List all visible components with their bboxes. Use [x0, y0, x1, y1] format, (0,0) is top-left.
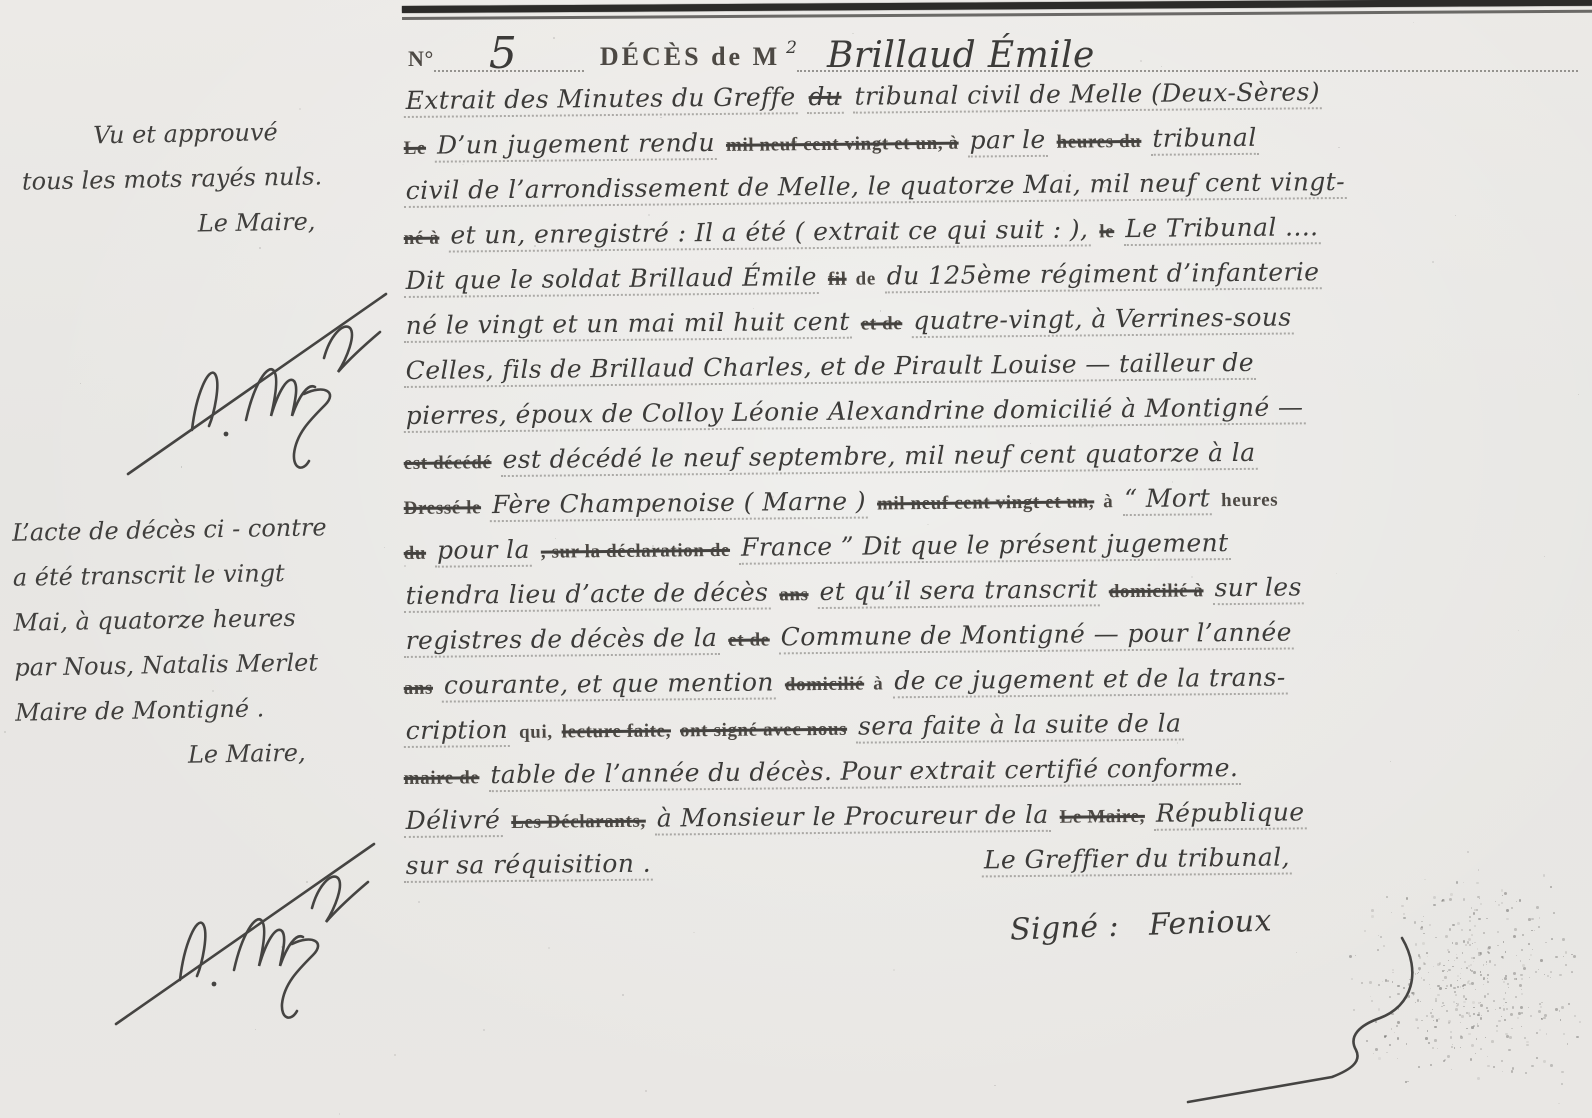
margin-transcription-note: L’acte de décès ci - contrea été transcr…: [12, 505, 331, 780]
text-segment: registres de décès de la: [404, 623, 720, 658]
text-segment: Celles, fils de Brillaud Charles, et de …: [404, 348, 1257, 388]
mayor-signature-flourish-2: [84, 812, 414, 1032]
text-segment: né à: [404, 228, 440, 250]
margin-line: Mai, à quatorze heures: [13, 595, 328, 645]
text-segment: cription: [404, 715, 511, 748]
text-segment: Extrait des Minutes du Greffe: [404, 82, 798, 118]
text-segment: domicilié: [785, 674, 864, 697]
text-segment: heures: [1221, 490, 1278, 513]
record-number-label: N°: [408, 46, 434, 72]
form-title-superscript: 2: [786, 38, 797, 58]
record-number-blank: 5: [434, 40, 584, 72]
text-segment: ans: [404, 678, 433, 700]
text-segment: , sur la déclaration de: [541, 540, 730, 564]
scan-noise-blob: [1340, 865, 1590, 1095]
text-segment: tribunal civil de Melle (Deux-Sères): [852, 77, 1322, 114]
text-segment: sera faite à la suite de la: [856, 709, 1184, 744]
text-segment: Dressé le: [404, 497, 482, 520]
text-segment: maire de: [404, 767, 480, 790]
text-segment: République: [1154, 797, 1307, 830]
text-segment: sur sa réquisition .: [404, 849, 654, 883]
text-segment: “ Mort: [1122, 483, 1212, 516]
record-body-text: Extrait des Minutes du Greffedutribunal …: [404, 86, 1584, 896]
margin-line: par Nous, Natalis Merlet: [14, 640, 329, 690]
margin-line: L’acte de décès ci - contre: [12, 505, 327, 555]
mayor-signature-flourish: [96, 262, 426, 482]
text-segment: Le Greffier du tribunal,: [982, 842, 1292, 877]
text-segment: le: [1099, 221, 1114, 243]
text-segment: à Monsieur le Procureur de la: [655, 800, 1051, 836]
deceased-name-value: Brillaud Émile: [827, 38, 1095, 74]
text-segment: Fère Champenoise ( Marne ): [490, 487, 868, 523]
text-segment: et qu’il sera transcrit: [817, 574, 1100, 609]
text-segment: est décédé le neuf septembre, mil neuf c…: [500, 438, 1257, 477]
text-segment: de ce jugement et de la trans-: [892, 663, 1288, 699]
text-segment: Le: [404, 138, 427, 160]
text-segment: du: [404, 543, 427, 565]
text-segment: et de: [861, 313, 903, 335]
spacer: [662, 868, 982, 871]
text-segment: et de: [728, 629, 770, 651]
text-segment: mil neuf cent vingt et un,: [877, 491, 1094, 515]
text-segment: ans: [779, 584, 808, 606]
signed-label: Signé :: [1009, 909, 1119, 948]
text-segment: tiendra lieu d’acte de décès: [404, 577, 771, 613]
margin-line: Maire de Montigné .: [15, 685, 330, 735]
deceased-name-blank: Brillaud Émile: [797, 36, 1578, 72]
text-segment: heures du: [1057, 131, 1142, 154]
margin-line: a été transcrit le vingt: [12, 550, 327, 600]
text-segment: sur les: [1212, 572, 1304, 605]
margin-line: Le Maire,: [22, 199, 323, 249]
form-title: DÉCÈS de M: [600, 42, 780, 72]
form-header: N° 5 DÉCÈS de M 2 Brillaud Émile: [408, 36, 1578, 72]
text-segment: de: [856, 268, 876, 290]
text-segment: tribunal: [1150, 123, 1259, 156]
text-segment: qui,: [519, 722, 553, 744]
text-segment: et un, enregistré : Il a été ( extrait c…: [448, 214, 1090, 252]
text-segment: Dit que le soldat Brillaud Émile: [404, 262, 819, 298]
text-segment: Le Tribunal ....: [1123, 212, 1321, 246]
form-top-rule: [402, 0, 1592, 20]
text-segment: quatre-vingt, à Verrines-sous: [911, 302, 1294, 338]
text-segment: pour la: [435, 535, 532, 568]
record-number-value: 5: [489, 32, 517, 76]
text-segment: Les Déclarants,: [511, 811, 646, 834]
text-segment: lecture faite,: [562, 720, 672, 743]
margin-line: tous les mots rayés nuls.: [22, 154, 323, 204]
text-segment: courante, et que mention: [442, 667, 776, 702]
text-segment: à: [1103, 491, 1113, 513]
scanned-death-record: N° 5 DÉCÈS de M 2 Brillaud Émile Extrait…: [0, 0, 1592, 1118]
text-segment: D’un jugement rendu: [435, 128, 717, 163]
text-segment: domicilié à: [1109, 580, 1204, 603]
margin-line: Vu et approuvé: [21, 109, 322, 159]
margin-line: Le Maire,: [16, 730, 331, 780]
text-segment: mil neuf cent vingt et un, à: [726, 133, 959, 157]
text-segment: du: [806, 82, 843, 114]
text-segment: Le Maire,: [1060, 806, 1145, 829]
text-segment: à: [873, 673, 883, 695]
text-segment: Commune de Montigné — pour l’année: [779, 617, 1294, 654]
text-segment: table de l’année du décès. Pour extrait …: [488, 753, 1240, 792]
text-segment: fil: [828, 269, 847, 291]
text-segment: du 125ème régiment d’infanterie: [885, 257, 1322, 293]
text-segment: né le vingt et un mai mil huit cent: [404, 307, 852, 343]
text-segment: ont signé avec nous: [680, 719, 847, 743]
text-segment: Délivré: [404, 805, 503, 838]
text-segment: France ” Dit que le présent jugement: [739, 528, 1231, 565]
text-segment: par le: [967, 125, 1047, 158]
margin-approval-note: Vu et approuvétous les mots rayés nuls.L…: [21, 109, 323, 249]
